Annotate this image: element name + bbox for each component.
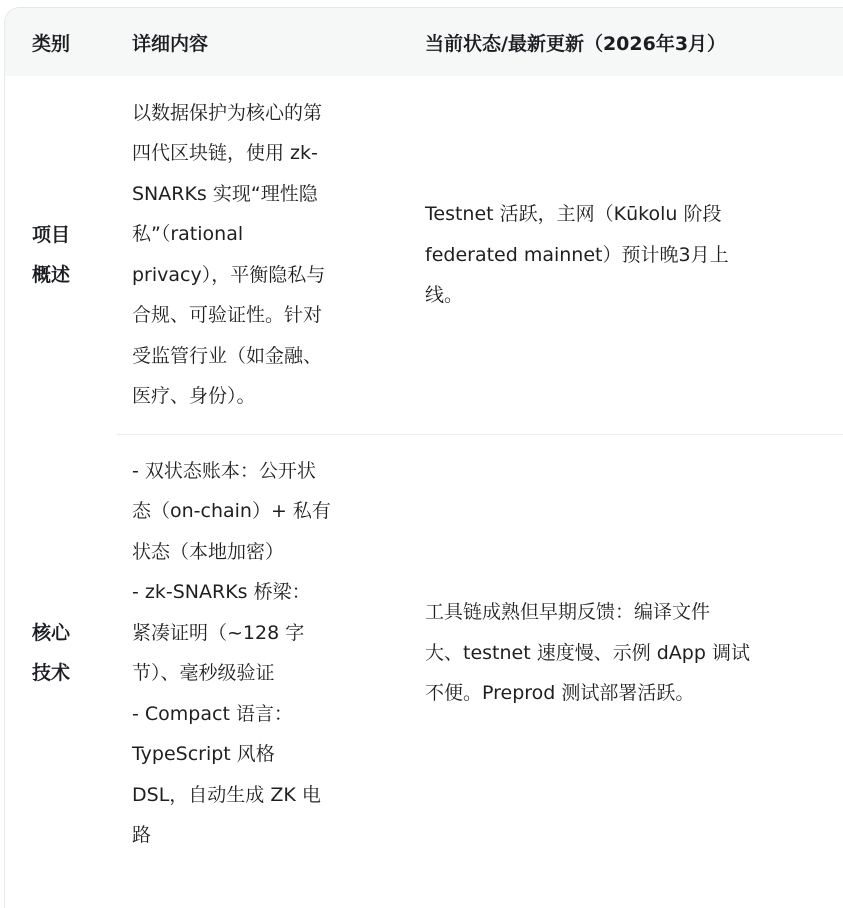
detail-line: 紧凑证明（~128 字 (132, 613, 385, 654)
detail-line: - Compact 语言： (132, 694, 385, 735)
detail-line: SNARKs 实现“理性隐 (132, 174, 385, 215)
category-line: 概述 (32, 255, 117, 296)
category-line: 项目 (32, 215, 117, 256)
detail-line: 以数据保护为核心的第 (132, 93, 385, 134)
status-line: 工具链成熟但早期反馈：编译文件 (425, 592, 843, 633)
detail-line: DSL，自动生成 ZK 电 (132, 775, 385, 816)
detail-line: - 双状态账本：公开状 (132, 451, 385, 492)
data-table: 类别 详细内容 当前状态/最新更新（2026年3月） 项目 概述 以数据保护为核… (5, 8, 843, 866)
header-category: 类别 (5, 8, 117, 76)
detail-line: - zk-SNARKs 桥梁： (132, 572, 385, 613)
data-table-container: 类别 详细内容 当前状态/最新更新（2026年3月） 项目 概述 以数据保护为核… (4, 7, 843, 870)
detail-line: 受监管行业（如金融、 (132, 336, 385, 377)
row-status: Testnet 活跃，主网（Kūkolu 阶段 federated mainne… (409, 76, 843, 434)
header-detail: 详细内容 (117, 8, 409, 76)
row-status: 工具链成熟但早期反馈：编译文件 大、testnet 速度慢、示例 dApp 调试… (409, 435, 843, 866)
detail-line: TypeScript 风格 (132, 734, 385, 775)
detail-line: 路 (132, 815, 385, 856)
detail-line: 状态（本地加密） (132, 532, 385, 573)
detail-line: 医疗、身份）。 (132, 376, 385, 417)
status-line: 不便。Preprod 测试部署活跃。 (425, 673, 843, 714)
row-detail: 以数据保护为核心的第 四代区块链，使用 zk- SNARKs 实现“理性隐 私”… (117, 76, 409, 434)
row-category: 核心 技术 (5, 435, 117, 866)
detail-line: 态（on-chain）+ 私有 (132, 491, 385, 532)
table-row: 项目 概述 以数据保护为核心的第 四代区块链，使用 zk- SNARKs 实现“… (5, 76, 843, 434)
table-header-row: 类别 详细内容 当前状态/最新更新（2026年3月） (5, 8, 843, 76)
header-status: 当前状态/最新更新（2026年3月） (409, 8, 843, 76)
detail-line: 合规、可验证性。针对 (132, 295, 385, 336)
category-line: 技术 (32, 653, 117, 694)
category-line: 核心 (32, 613, 117, 654)
row-detail: - 双状态账本：公开状 态（on-chain）+ 私有 状态（本地加密） - z… (117, 435, 409, 866)
status-line: federated mainnet）预计晚3月上 (425, 235, 843, 276)
detail-line: privacy），平衡隐私与 (132, 255, 385, 296)
detail-line: 私”（rational (132, 214, 385, 255)
status-line: Testnet 活跃，主网（Kūkolu 阶段 (425, 194, 843, 235)
row-category: 项目 概述 (5, 76, 117, 434)
detail-line: 四代区块链，使用 zk- (132, 133, 385, 174)
detail-line: 节）、毫秒级验证 (132, 653, 385, 694)
table-row: 核心 技术 - 双状态账本：公开状 态（on-chain）+ 私有 状态（本地加… (5, 435, 843, 866)
status-line: 线。 (425, 275, 843, 316)
status-line: 大、testnet 速度慢、示例 dApp 调试 (425, 633, 843, 674)
